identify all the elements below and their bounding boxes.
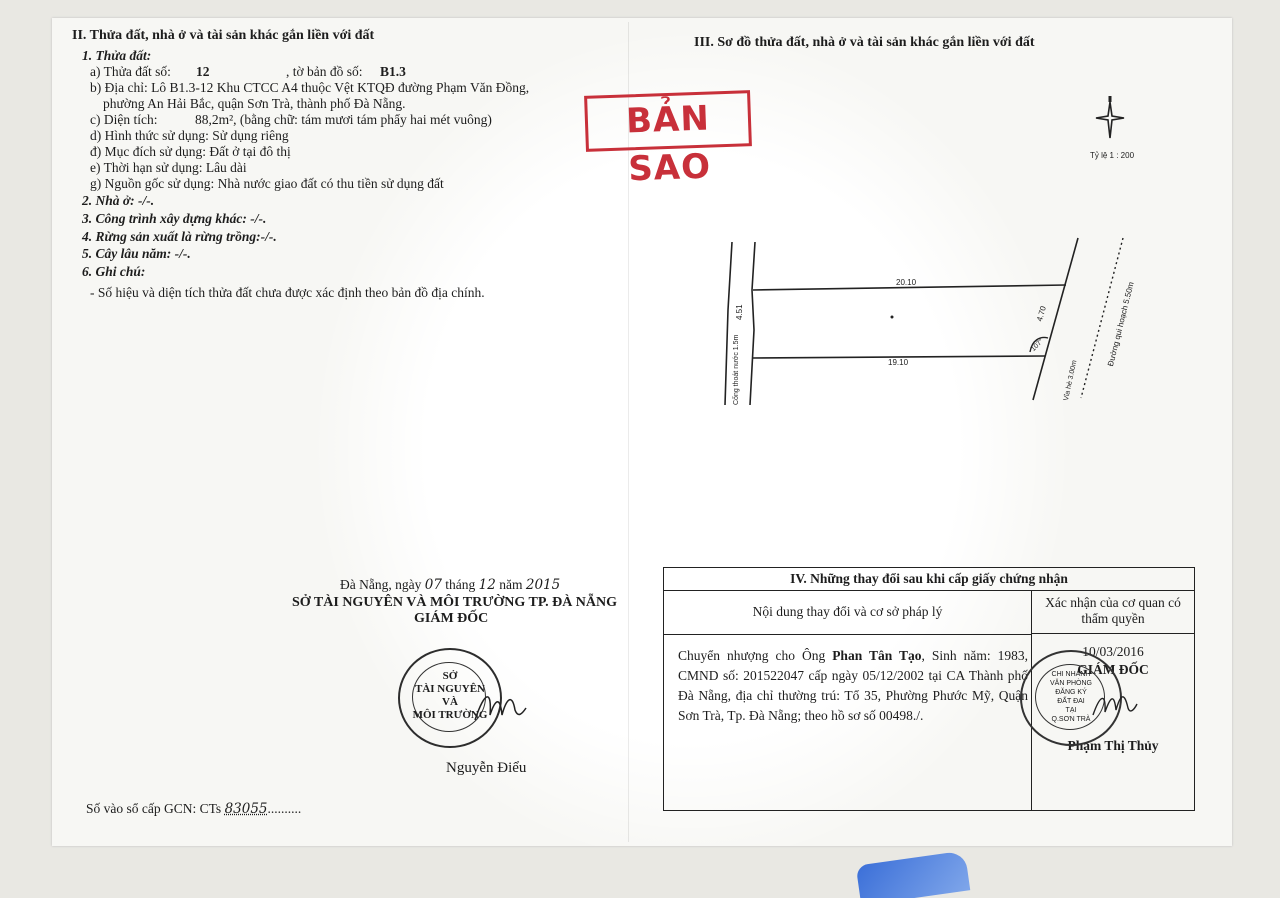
registry-label: Số vào sổ cấp GCN: CTs (86, 801, 221, 816)
section-ii-title: II. Thửa đất, nhà ở và tài sản khác gắn … (72, 28, 374, 44)
date-day: 07 (425, 577, 442, 593)
signer-name: Nguyễn Điểu (446, 760, 526, 777)
parcel-number-label: a) Thửa đất số: (90, 64, 171, 80)
address-line-2: phường An Hải Bắc, quận Sơn Trà, thành p… (103, 96, 405, 112)
area-value: 88,2m², (bằng chữ: tám mươi tám phẩy hai… (195, 112, 492, 128)
issuing-agency: SỞ TÀI NGUYÊN VÀ MÔI TRƯỜNG TP. ĐÀ NẴNG (292, 595, 617, 611)
map-sheet-value: B1.3 (380, 64, 406, 80)
parcel-number-value: 12 (196, 64, 210, 80)
address-line-1: b) Địa chỉ: Lô B1.3-12 Khu CTCC A4 thuộc… (90, 80, 529, 96)
copy-stamp: BẢN SAO (584, 90, 752, 152)
item-forest: 4. Rừng sản xuất là rừng trồng:-/-. (82, 229, 277, 245)
item-perennial-trees: 5. Cây lâu năm: -/-. (82, 246, 191, 262)
date-prefix: Đà Nẵng, ngày (340, 577, 421, 592)
edge-bottom-length: 19.10 (888, 358, 908, 367)
date-year: 2015 (526, 577, 560, 593)
edge-top-length: 20.10 (896, 278, 916, 287)
section-iii-title: III. Sơ đồ thửa đất, nhà ở và tài sản kh… (694, 35, 1035, 51)
signature-mark-2 (1090, 680, 1140, 725)
change-entry-text: Chuyển nhượng cho Ông Phan Tân Tạo, Sinh… (678, 646, 1028, 726)
parcel-diagram (700, 230, 1150, 420)
transferee-name: Phan Tân Tạo (832, 648, 921, 663)
background-object (856, 851, 970, 898)
month-label: tháng (445, 577, 475, 592)
registry-number: Số vào sổ cấp GCN: CTs 83055.......... (86, 801, 301, 817)
note-text: - Số hiệu và diện tích thửa đất chưa đượ… (90, 285, 485, 301)
column-header-confirmation: Xác nhận của cơ quan có thẩm quyền (1032, 590, 1194, 634)
seal-line: CHI NHÁNH (1022, 670, 1120, 679)
column-header-content: Nội dung thay đổi và cơ sở pháp lý (664, 590, 1032, 635)
drain-label: Cống thoát nước 1.5m (733, 335, 740, 405)
signature-mark (470, 680, 530, 730)
land-heading: 1. Thửa đất: (82, 48, 151, 64)
north-arrow-icon (1094, 96, 1126, 140)
usage-term: e) Thời hạn sử dụng: Lâu dài (90, 160, 247, 176)
edge-left-length: 4.51 (735, 304, 744, 320)
registry-value: 83055 (225, 801, 268, 817)
section-iv-title: IV. Những thay đổi sau khi cấp giấy chứn… (664, 568, 1194, 591)
signing-date: Đà Nẵng, ngày 07 tháng 12 năm 2015 (340, 577, 560, 593)
usage-form: d) Hình thức sử dụng: Sử dụng riêng (90, 128, 289, 144)
entry-prefix: Chuyển nhượng cho Ông (678, 648, 832, 663)
map-scale: Tỷ lệ 1 : 200 (1090, 151, 1134, 160)
area-label: c) Diện tích: (90, 112, 157, 128)
usage-origin: g) Nguồn gốc sử dụng: Nhà nước giao đất … (90, 176, 444, 192)
item-notes-heading: 6. Ghi chú: (82, 264, 145, 280)
signer-position: GIÁM ĐỐC (414, 611, 488, 627)
date-month: 12 (479, 577, 496, 593)
usage-purpose: đ) Mục đích sử dụng: Đất ở tại đô thị (90, 144, 291, 160)
item-house: 2. Nhà ở: -/-. (82, 193, 154, 209)
year-label: năm (499, 577, 522, 592)
item-other-construction: 3. Công trình xây dựng khác: -/-. (82, 211, 266, 227)
map-sheet-label: , tờ bản đồ số: (286, 64, 363, 80)
